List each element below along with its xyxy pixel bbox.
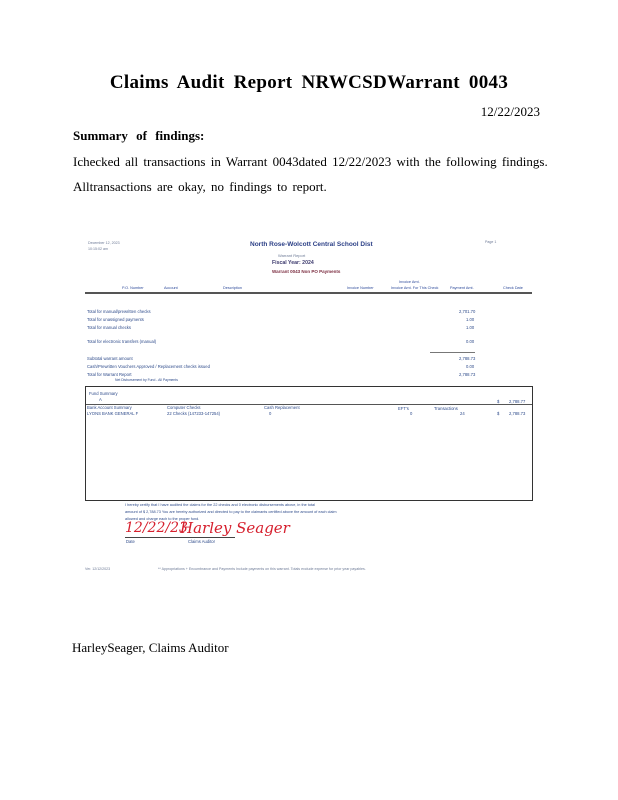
scan-footer-note: ** Appropriations + Encumbrance and Paym… xyxy=(158,567,366,571)
scan-print-time: 10:15:02 am xyxy=(88,247,108,251)
date-label: Date xyxy=(126,539,135,544)
auditor-sign-line xyxy=(180,537,235,538)
scan-col-invoice-amt: Invoice Amt. For This Check xyxy=(391,286,438,290)
scan-subtotal-rule xyxy=(430,352,475,353)
scan-col-invoice: Invoice Number xyxy=(347,286,374,290)
scan-total-value: 1.00 xyxy=(466,317,474,322)
scan-print-date: December 12, 2023 xyxy=(88,241,120,245)
scan-fiscal-year: Fiscal Year: 2024 xyxy=(272,260,314,266)
auditor-label: Claims Auditor xyxy=(188,539,215,544)
scan-col-po: P.O. Number xyxy=(122,286,144,290)
scan-col-check-date: Check Date xyxy=(503,286,523,290)
scan-totals-note: Net Disbursement by Fund - All Payments xyxy=(115,378,178,382)
scan-header-rule xyxy=(85,292,532,294)
warrant-report-scan: December 12, 2023 10:15:02 am North Rose… xyxy=(85,236,535,581)
scan-col-description: Description xyxy=(223,286,242,290)
findings-line-2: Alltransactions are okay, no findings to… xyxy=(73,179,327,195)
fund-rule xyxy=(86,404,532,405)
fund-row-cash: 0 xyxy=(269,411,271,416)
fund-code: A xyxy=(99,397,102,402)
fund-col-checks: Computer Checks xyxy=(167,405,201,410)
scan-total-label: Total for manual/prewritten checks xyxy=(87,309,151,314)
scan-total-value: 2,701.70 xyxy=(459,309,475,314)
scan-page-label: Page 1 xyxy=(485,240,496,244)
scan-total-label: Total for Warrant Report xyxy=(87,372,132,377)
summary-heading: Summary of findings: xyxy=(73,128,204,144)
scan-warrant-title: Warrant 0043 Non PO Payments xyxy=(272,269,340,274)
scan-total-value: 2,788.73 xyxy=(459,372,475,377)
certify-line-2: amount of $ 2,788.73 You are hereby auth… xyxy=(125,510,337,514)
scan-total-value: 2,788.73 xyxy=(459,356,475,361)
scan-total-value: 0.00 xyxy=(466,339,474,344)
fund-row-currency: $ xyxy=(497,411,499,416)
signature-name: Harley Seager xyxy=(180,519,290,537)
scan-total-value: 1.00 xyxy=(466,325,474,330)
scan-total-value: 0.00 xyxy=(466,364,474,369)
scan-total-label: Total for unassigned payments xyxy=(87,317,144,322)
scan-col-payment: Payment Amt. xyxy=(450,286,474,290)
fund-col-cash: Cash Replacement xyxy=(264,405,300,410)
fund-col-bank: Bank Account Summary xyxy=(87,405,132,410)
scan-total-label: Cash/Prewritten Vouchers Approved / Repl… xyxy=(87,364,210,369)
scan-total-label: Subtotal warrant amount xyxy=(87,356,133,361)
fund-col-efts: EFT's xyxy=(398,406,409,411)
scan-total-label: Total for electronic transfers (manual) xyxy=(87,339,156,344)
fund-row-transactions: 24 xyxy=(460,411,465,416)
scan-fund-summary-box: Fund Summary A $ 2,788.77 Bank Account S… xyxy=(85,386,533,501)
scan-footer-left: Ver. 12/12/2023 xyxy=(85,567,110,571)
scan-report-name: Warrant Report xyxy=(278,253,305,258)
fund-col-transactions: Transactions xyxy=(434,406,458,411)
scan-col-top: Invoice Amt. xyxy=(399,280,420,284)
auditor-signoff: HarleySeager, Claims Auditor xyxy=(72,640,229,656)
report-date: 12/22/2023 xyxy=(481,104,540,120)
fund-row-bank: LYONS BANK GENERAL F xyxy=(87,411,138,416)
report-title: Claims Audit Report NRWCSDWarrant 0043 xyxy=(0,72,618,94)
scan-org-name: North Rose-Wolcott Central School Dist xyxy=(250,241,373,248)
fund-row-efts: 0 xyxy=(410,411,412,416)
fund-row-checks: 22 Checks (147233-147254) xyxy=(167,411,220,416)
date-sign-line xyxy=(125,537,180,538)
scan-total-label: Total for manual checks xyxy=(87,325,131,330)
findings-line-1: Ichecked all transactions in Warrant 004… xyxy=(73,154,548,170)
signature-date: 12/22/23 xyxy=(125,520,188,536)
fund-summary-heading: Fund Summary xyxy=(89,391,118,396)
certify-line-1: I hereby certify that I have audited the… xyxy=(125,503,315,507)
scan-col-account: Account xyxy=(164,286,178,290)
fund-row-amount: 2,788.73 xyxy=(509,411,525,416)
